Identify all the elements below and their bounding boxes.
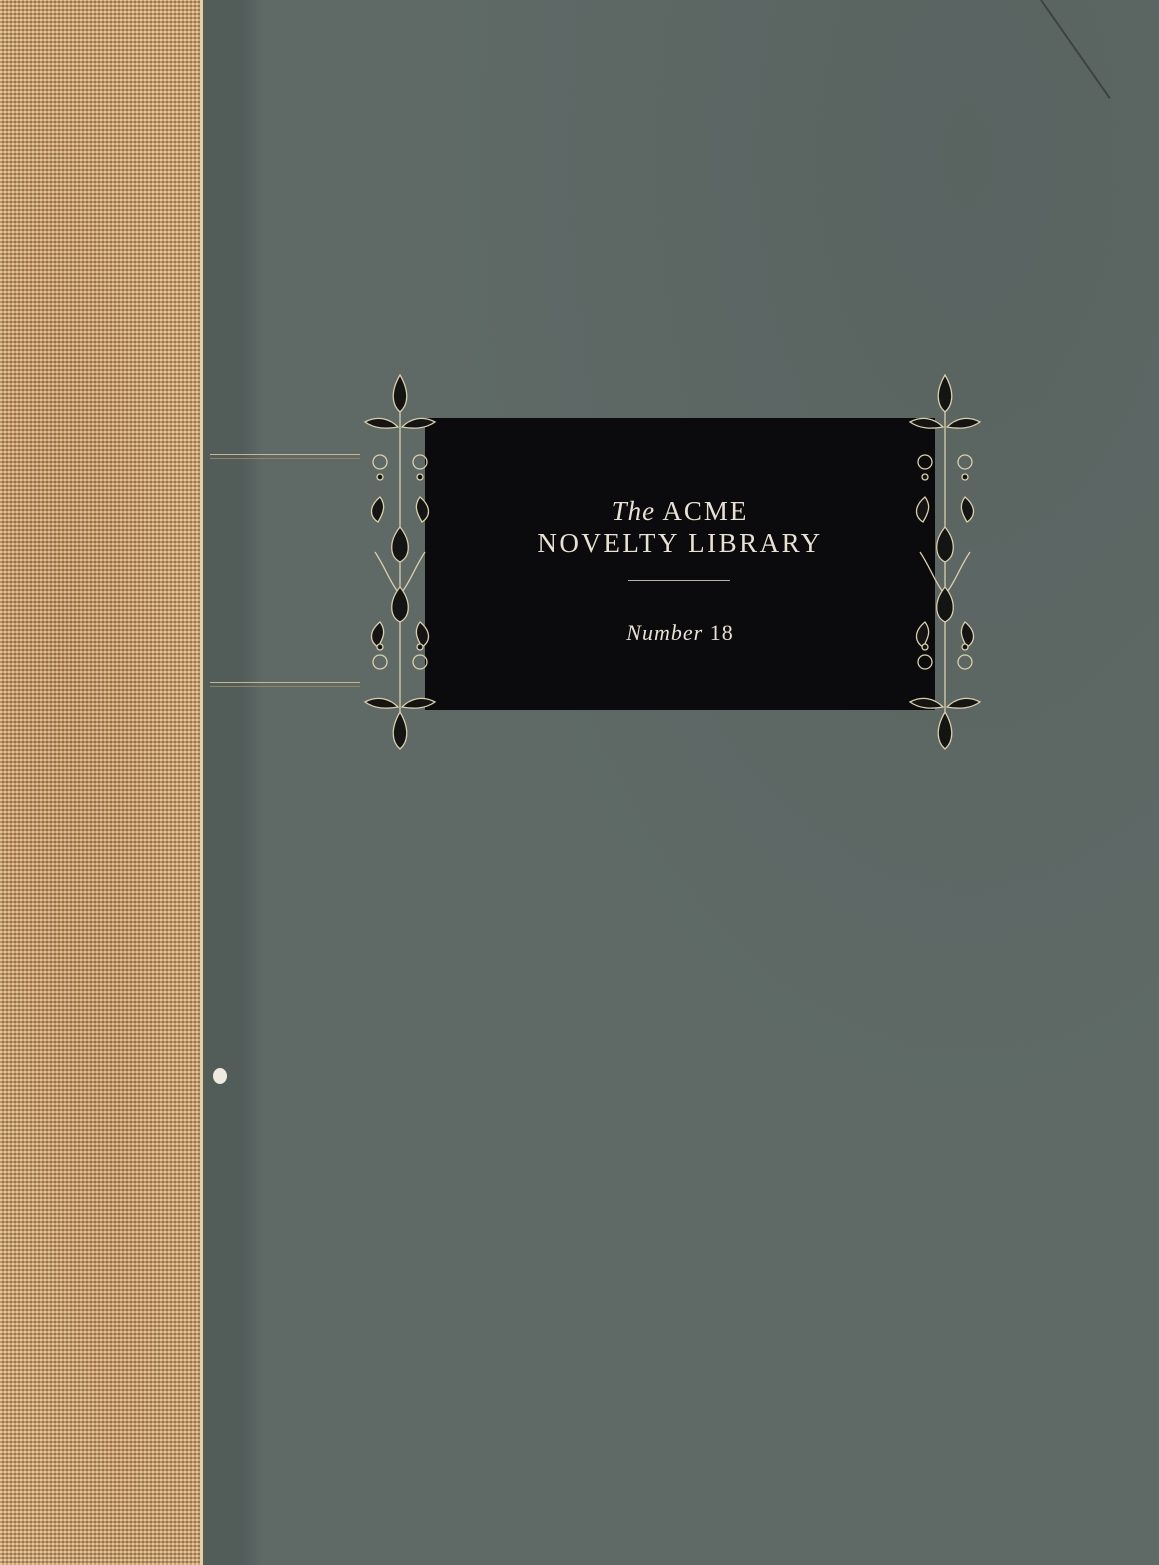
gilt-floral-ornament-icon (895, 367, 995, 757)
issue-number-label: Number (626, 620, 703, 645)
title-divider (628, 580, 730, 581)
title-line-2: NOVELTY LIBRARY (425, 528, 935, 559)
paper-damage-spot (213, 1068, 227, 1084)
cloth-spine (0, 0, 203, 1565)
issue-number-value: 18 (710, 620, 734, 645)
cover-board (203, 0, 1159, 1565)
title-label: The ACME NOVELTY LIBRARY Number 18 (425, 418, 935, 710)
gilt-rule-top (210, 454, 360, 459)
issue-number: Number 18 (425, 620, 935, 646)
title-acme: ACME (662, 496, 748, 526)
gilt-floral-ornament-icon (350, 367, 450, 757)
title-prefix: The (612, 496, 656, 526)
title-line-1: The ACME (425, 496, 935, 527)
gilt-rule-bottom (210, 682, 360, 687)
